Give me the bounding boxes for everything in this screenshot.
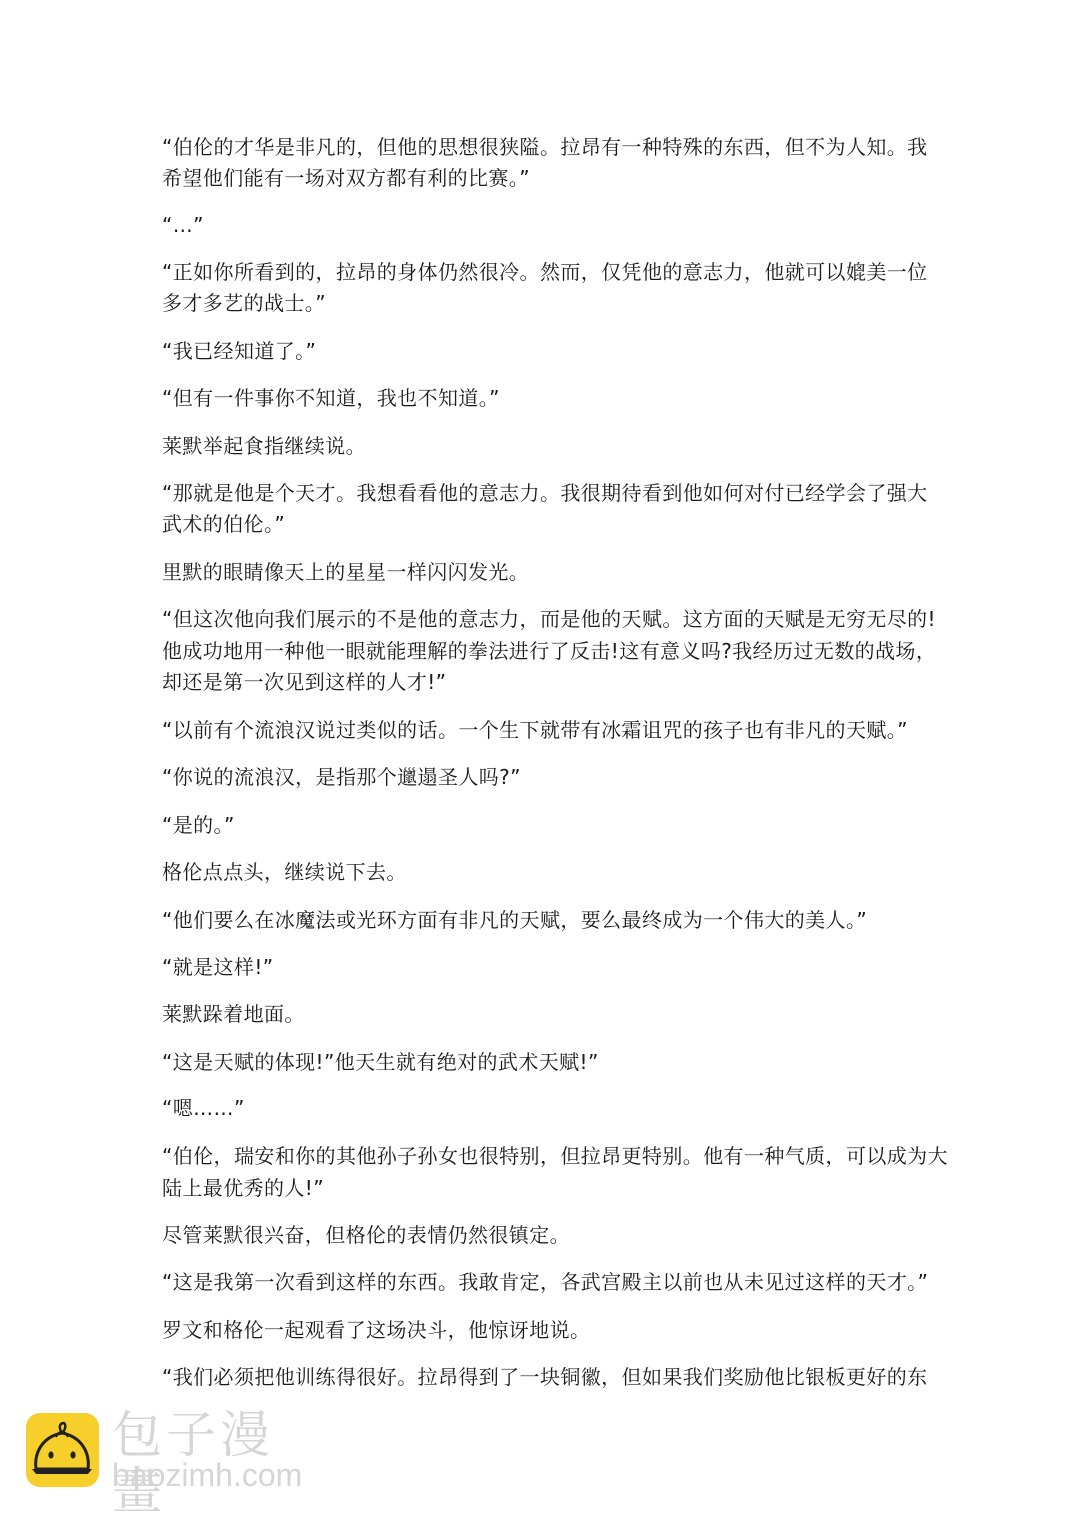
text-line: 多才多艺的战士。” [162, 291, 326, 315]
text-line: “他们要么在冰魔法或光环方面有非凡的天赋，要么最终成为一个伟大的美人。” [162, 908, 867, 932]
text-line: “…” [162, 213, 204, 237]
text-line: “以前有个流浪汉说过类似的话。一个生下就带有冰霜诅咒的孩子也有非凡的天赋。” [162, 718, 908, 742]
text-line: “但这次他向我们展示的不是他的意志力，而是他的天赋。这方面的天赋是无穷无尽的! [162, 607, 936, 631]
text-line: “我们必须把他训练得很好。拉昂得到了一块铜徽，但如果我们奖励他比银板更好的东 [162, 1365, 928, 1389]
text-line: 莱默跺着地面。 [162, 1002, 305, 1026]
watermark-brand-url: baozimh.com [112, 1457, 302, 1493]
text-line: 莱默举起食指继续说。 [162, 434, 366, 458]
text-line: 武术的伯伦。” [162, 512, 285, 536]
text-line: “伯伦的才华是非凡的，但他的思想很狭隘。拉昂有一种特殊的东西，但不为人知。我 [162, 135, 928, 159]
text-line: 尽管莱默很兴奋，但格伦的表情仍然很镇定。 [162, 1223, 570, 1247]
text-line: “这是天赋的体现!”他天生就有绝对的武术天赋!” [162, 1050, 599, 1074]
text-line: “我已经知道了。” [162, 339, 316, 363]
text-line: “那就是他是个天才。我想看看他的意志力。我很期待看到他如何对付已经学会了强大 [162, 481, 928, 505]
text-line: 希望他们能有一场对双方都有利的比赛。” [162, 166, 530, 190]
text-line: 他成功地用一种他一眼就能理解的拳法进行了反击!这有意义吗?我经历过无数的战场， [162, 639, 936, 663]
watermark: 包子漫畫 baozimh.com [26, 1413, 326, 1493]
text-line: “这是我第一次看到这样的东西。我敢肯定，各武宫殿主以前也从未见过这样的天才。” [162, 1270, 928, 1294]
text-line: “正如你所看到的，拉昂的身体仍然很冷。然而，仅凭他的意志力，他就可以媲美一位 [162, 260, 928, 284]
text-line: 格伦点点头，继续说下去。 [162, 860, 407, 884]
text-line: “你说的流浪汉，是指那个邋遢圣人吗?” [162, 765, 521, 789]
steamed-bun-icon [26, 1413, 99, 1487]
text-line: 罗文和格伦一起观看了这场决斗，他惊讶地说。 [162, 1318, 590, 1342]
text-line: 陆上最优秀的人!” [162, 1176, 324, 1200]
text-line: “就是这样!” [162, 955, 274, 979]
text-line: “嗯……” [162, 1096, 245, 1120]
text-line: “是的。” [162, 813, 235, 837]
text-line: 里默的眼睛像天上的星星一样闪闪发光。 [162, 560, 529, 584]
text-line: “但有一件事你不知道，我也不知道。” [162, 386, 500, 410]
text-line: “伯伦，瑞安和你的其他孙子孙女也很特别，但拉昂更特别。他有一种气质，可以成为大 [162, 1144, 948, 1168]
text-line: 却还是第一次见到这样的人才!” [162, 670, 446, 694]
